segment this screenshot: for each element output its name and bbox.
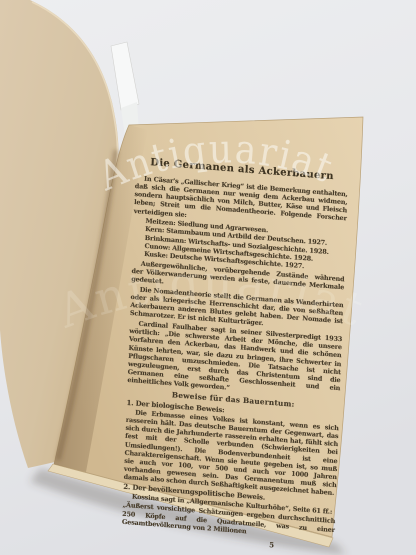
book-photo: Die Germanen als Ackerbauern In Cäsar's … <box>0 0 416 555</box>
proof1-text: Die Erbmasse eines Volkes ist konstant, … <box>124 408 339 498</box>
proof1-number: 1. <box>126 399 133 408</box>
proof2-number: 2. <box>123 483 130 492</box>
page-content: Die Germanen als Ackerbauern In Cäsar's … <box>121 156 348 555</box>
